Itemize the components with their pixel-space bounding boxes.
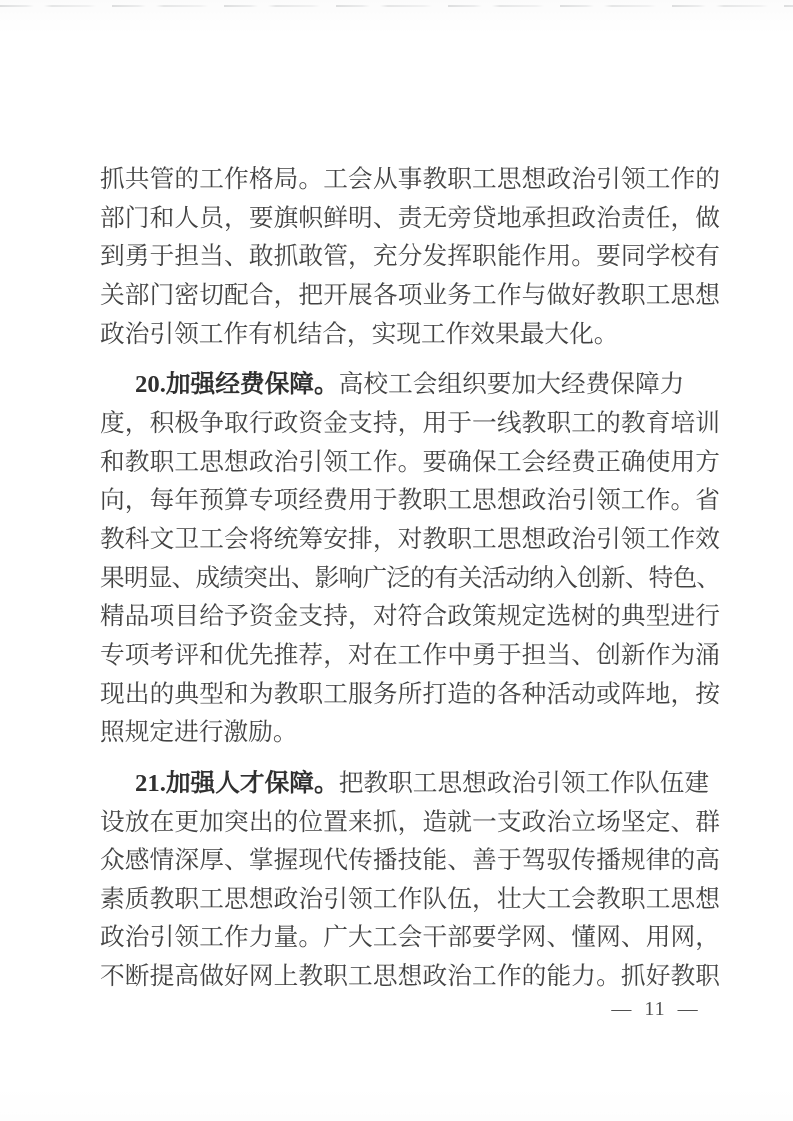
text-line: 专项考评和优先推荐，对在工作中勇于担当、创新作为涌 — [100, 637, 720, 676]
page-number: — 11 — — [595, 998, 715, 1021]
document-body: 抓共管的工作格局。工会从事教职工思想政治引领工作的部门和人员，要旗帜鲜明、责无旁… — [100, 161, 720, 997]
text-line: 和教职工思想政治引领工作。要确保工会经费正确使用方 — [100, 444, 720, 483]
paragraph-item-21: 21.加强人才保障。把教职工思想政治引领工作队伍建设放在更加突出的位置来抓，造就… — [100, 765, 720, 997]
text-line: 设放在更加突出的位置来抓，造就一支政治立场坚定、群 — [100, 804, 720, 843]
text-line: 20.加强经费保障。高校工会组织要加大经费保障力 — [100, 366, 720, 405]
item-heading: 21.加强人才保障。 — [135, 770, 339, 797]
scan-artifact-line — [0, 5, 793, 7]
document-page: { "page": { "number_label": "— 11 —", "b… — [0, 0, 793, 1121]
line-text: 把教职工思想政治引领工作队伍建 — [339, 770, 709, 797]
item-heading: 20.加强经费保障。 — [135, 371, 339, 398]
paragraph-item-20: 20.加强经费保障。高校工会组织要加大经费保障力度，积极争取行政资金支持，用于一… — [100, 366, 720, 753]
text-line: 教科文卫工会将统筹安排，对教职工思想政治引领工作效 — [100, 521, 720, 560]
text-line: 政治引领工作力量。广大工会干部要学网、懂网、用网， — [100, 919, 720, 958]
text-line: 关部门密切配合，把开展各项业务工作与做好教职工思想 — [100, 277, 720, 316]
text-line: 照规定进行激励。 — [100, 714, 720, 753]
text-line: 不断提高做好网上教职工思想政治工作的能力。抓好教职 — [100, 958, 720, 997]
paragraph-continuation: 抓共管的工作格局。工会从事教职工思想政治引领工作的部门和人员，要旗帜鲜明、责无旁… — [100, 161, 720, 354]
text-line: 度，积极争取行政资金支持，用于一线教职工的教育培训 — [100, 405, 720, 444]
text-line: 向，每年预算专项经费用于教职工思想政治引领工作。省 — [100, 482, 720, 521]
text-line: 精品项目给予资金支持，对符合政策规定选树的典型进行 — [100, 598, 720, 637]
text-line: 抓共管的工作格局。工会从事教职工思想政治引领工作的 — [100, 161, 720, 200]
text-line: 到勇于担当、敢抓敢管，充分发挥职能作用。要同学校有 — [100, 238, 720, 277]
text-line: 众感情深厚、掌握现代传播技能、善于驾驭传播规律的高 — [100, 842, 720, 881]
text-line: 政治引领工作有机结合，实现工作效果最大化。 — [100, 316, 720, 355]
text-line: 素质教职工思想政治引领工作队伍，壮大工会教职工思想 — [100, 881, 720, 920]
text-line: 部门和人员，要旗帜鲜明、责无旁贷地承担政治责任，做 — [100, 200, 720, 239]
line-text: 高校工会组织要加大经费保障力 — [339, 371, 685, 398]
text-line: 21.加强人才保障。把教职工思想政治引领工作队伍建 — [100, 765, 720, 804]
text-line: 现出的典型和为教职工服务所打造的各种活动或阵地，按 — [100, 676, 720, 715]
text-line: 果明显、成绩突出、影响广泛的有关活动纳入创新、特色、 — [100, 560, 720, 599]
